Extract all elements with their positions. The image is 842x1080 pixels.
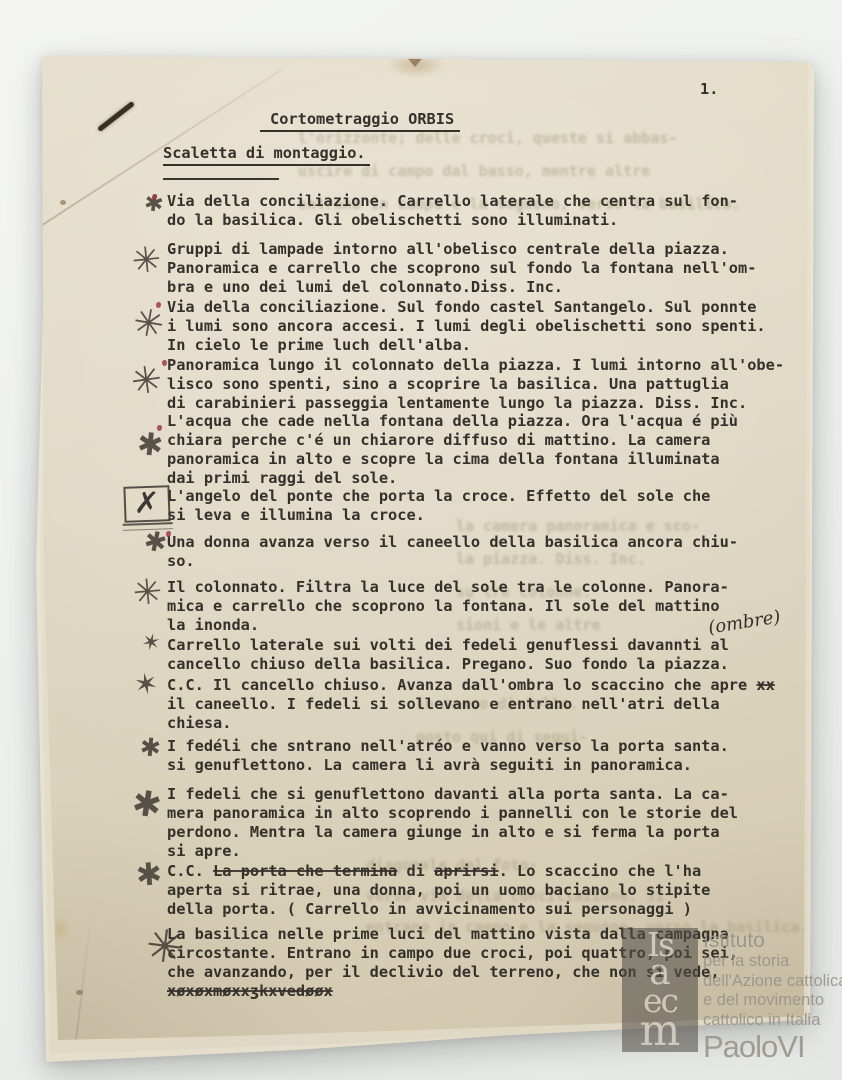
text-line: Una donna avanza verso il caneello della…: [167, 533, 738, 552]
text-line: circostante. Entrano in campo due croci,…: [167, 944, 738, 963]
photo-background: l'orizzonte; delle croci, queste si abba…: [0, 0, 842, 1080]
text-line: Panoramica e carrello che scoprono sul f…: [167, 259, 756, 278]
paragraph: L'acqua che cade nella fontana della pia…: [167, 412, 738, 488]
text-line: si leva e illumina la croce.: [167, 506, 710, 525]
handwritten-star-mark: ✳: [130, 303, 167, 345]
handwritten-star-mark: ✶: [139, 630, 163, 657]
paragraph: Via della conciliazione. Sul fondo caste…: [167, 298, 766, 355]
text-line: il caneello. I fedeli si sollevano e ent…: [167, 695, 775, 714]
paragraph: Una donna avanza verso il caneello della…: [167, 533, 738, 571]
text-line: C.C. La porta che termina di aprirsi. Lo…: [167, 862, 710, 881]
text-line: di carabinieri passeggia lentamente lung…: [167, 394, 784, 413]
text-line: so.: [167, 552, 738, 571]
document-subtitle: Scaletta di montaggio.: [163, 144, 370, 166]
text-line: chiesa.: [167, 714, 775, 733]
staple-mark: [97, 101, 135, 132]
text-line: si apre.: [167, 842, 738, 861]
paragraph: La basilica nelle prime luci del mattino…: [167, 925, 738, 1001]
text-line: Gruppi di lampade intorno all'obelisco c…: [167, 240, 756, 259]
text-line: In cielo le prime luch dell'alba.: [167, 336, 766, 355]
horizontal-rule: [163, 178, 279, 180]
text-line: i lumi sono ancora accesi. I lumi degli …: [167, 317, 766, 336]
paragraph: Carrello laterale sui volti dei fedeli g…: [167, 636, 729, 674]
x-mark-icon: ✗: [134, 489, 160, 520]
handwritten-boxed-x-mark: ✗: [123, 485, 170, 523]
text-line: perdono. Mentra la camera giunge in alto…: [167, 823, 738, 842]
text-line: panoramica in alto e scopre la cima dell…: [167, 450, 738, 469]
paragraph: I fedeli che si genuflettono davanti all…: [167, 785, 738, 861]
handwritten-star-mark: ✱: [135, 429, 164, 463]
handwritten-star-mark: ✳: [129, 360, 165, 401]
text-line: che avanzando, per il declivio del terre…: [167, 963, 738, 982]
document-page: l'orizzonte; delle croci, queste si abba…: [36, 52, 822, 1068]
text-line: I fedeli che si genuflettono davanti all…: [167, 785, 738, 804]
handwritten-star-mark: ✱: [141, 527, 169, 558]
text-line: xøxøxmøxxʒkxvedøøx: [167, 982, 738, 1001]
paragraph: C.C. La porta che termina di aprirsi. Lo…: [167, 862, 710, 919]
text-line: I fedéli che sntrano nell'atréo e vanno …: [167, 737, 729, 756]
document-title: Cortometraggio ORBIS: [260, 110, 460, 132]
paper-crease: [73, 908, 93, 1057]
handwritten-star-mark: ✱: [129, 786, 163, 825]
paragraph: Via della conciliazione. Carrello latera…: [167, 192, 738, 230]
text-line: dai primi raggi del sole.: [167, 469, 738, 488]
handwritten-star-mark: ✱: [135, 859, 163, 892]
paragraph: Il colonnato. Filtra la luce del sole tr…: [167, 578, 729, 635]
paragraph: C.C. Il cancello chiuso. Avanza dall'omb…: [167, 676, 775, 733]
text-line: Carrello laterale sui volti dei fedeli g…: [167, 636, 729, 655]
text-line: do la basilica. Gli obelischetti sono il…: [167, 211, 738, 230]
text-line: si genuflettono. La camera li avrà segui…: [167, 756, 729, 775]
handwritten-star-mark: ✱: [139, 734, 162, 761]
text-line: L'angelo del ponte che porta la croce. E…: [167, 487, 710, 506]
text-line: cancello chiuso della basilica. Pregano.…: [167, 655, 729, 674]
handwritten-star-mark: ✳: [132, 575, 164, 612]
text-line: mica e carrello che scoprono la fontana.…: [167, 597, 729, 616]
handwritten-star-mark: ✳: [130, 243, 163, 281]
text-line: Via della conciliazione. Carrello latera…: [167, 192, 738, 211]
paragraph: I fedéli che sntrano nell'atréo e vanno …: [167, 737, 729, 775]
paper-speck: [60, 200, 66, 205]
text-line: aperta si ritrae, una donna, poi un uomo…: [167, 881, 710, 900]
paper-stack: l'orizzonte; delle croci, queste si abba…: [36, 52, 822, 1068]
handwritten-star-mark: ✶: [132, 668, 161, 701]
text-line: chiara perche c'é un chiarore diffuso di…: [167, 431, 738, 450]
text-line: C.C. Il cancello chiuso. Avanza dall'omb…: [167, 676, 775, 695]
text-line: lisco sono spenti, sino a scoprire la ba…: [167, 375, 784, 394]
paragraph: Gruppi di lampade intorno all'obelisco c…: [167, 240, 756, 297]
text-line: della porta. ( Carrello in avvicinamento…: [167, 900, 710, 919]
text-line: Panoramica lungo il colonnato della piaz…: [167, 356, 784, 375]
text-line: Via della conciliazione. Sul fondo caste…: [167, 298, 766, 317]
text-line: mera panoramica in alto scoprendo i pann…: [167, 804, 738, 823]
handwritten-star-mark: ✳: [143, 922, 186, 971]
text-line: bra e uno dei lumi del colonnato.Diss. I…: [167, 278, 756, 297]
paragraph: L'angelo del ponte che porta la croce. E…: [167, 487, 710, 525]
paragraph: Panoramica lungo il colonnato della piaz…: [167, 356, 784, 413]
text-line: la inonda.: [167, 616, 729, 635]
text-line: Il colonnato. Filtra la luce del sole tr…: [167, 578, 729, 597]
page-number: 1.: [700, 80, 718, 99]
text-line: La basilica nelle prime luci del mattino…: [167, 925, 738, 944]
text-line: L'acqua che cade nella fontana della pia…: [167, 412, 738, 431]
